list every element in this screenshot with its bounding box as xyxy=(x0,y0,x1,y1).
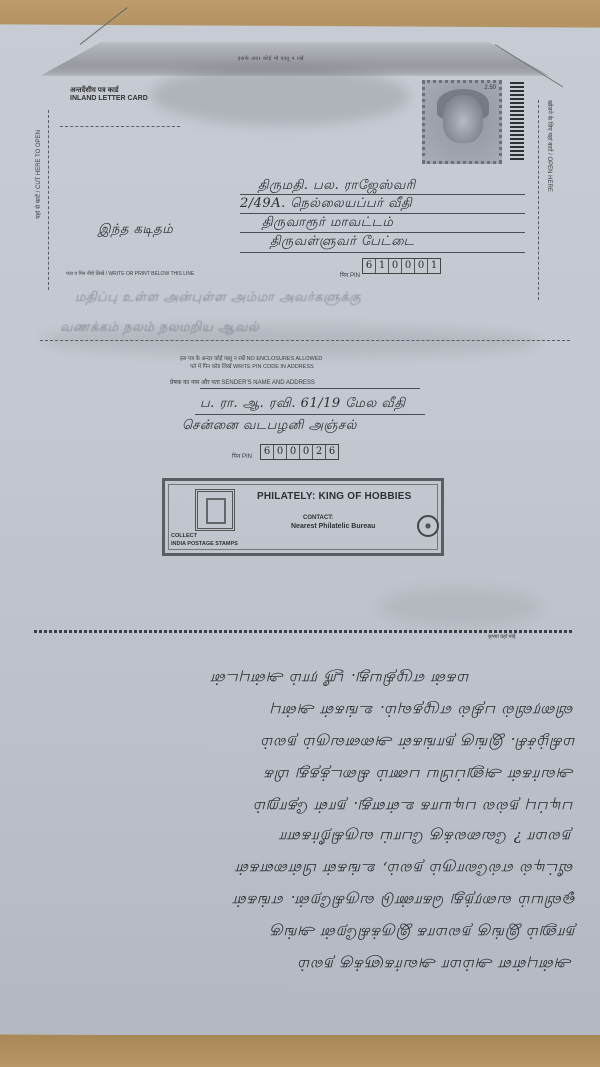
stamp-value: 2.50 xyxy=(484,85,496,91)
perforation-middle xyxy=(40,340,570,341)
letter-line: மகிழ்ச்சி. இங்கு நாங்கள் அனைவரும் நலம் xyxy=(261,732,576,752)
sender-pin-label: पिन PIN xyxy=(232,452,252,460)
pin-digit: 0 xyxy=(274,445,287,459)
letter-line: ஓவியம் வரைந்து கொண்டு வருகிறேன். எங்கள் xyxy=(233,890,576,910)
letter-line: மகன் எழுதியது. ஸ்ரீ ராம் அன்புடன் xyxy=(211,668,470,688)
address-line xyxy=(195,414,425,415)
stamp-frame-icon xyxy=(195,489,235,531)
sender-line-2: சென்னை வடபழனி அஞ்சல் xyxy=(182,418,357,434)
pin-digit: 1 xyxy=(428,259,440,273)
recipient-note: இந்த கடிதம் xyxy=(98,222,173,238)
sender-label: प्रेषक का नाम और पता SENDER'S NAME AND A… xyxy=(170,378,315,386)
sender-pin-box: 6 0 0 0 2 6 xyxy=(260,444,339,460)
wooden-table-bottom xyxy=(0,1035,600,1067)
letter-line: அன்புள்ள அம்மா அவர்களுக்கு நலம் xyxy=(298,954,572,974)
perforation-right xyxy=(538,100,539,300)
letter-line: நானும் இங்கு நலமாக இருக்கிறேன் அங்கு xyxy=(270,922,576,942)
bleed-through-line-2: வணக்கம் நலம் நலமறிய ஆவல் xyxy=(60,320,259,336)
side-text-left: यहां से काटें / CUT HERE TO OPEN xyxy=(35,130,43,219)
recipient-pin-box: 6 1 0 0 0 1 xyxy=(362,258,441,274)
address-line xyxy=(240,194,525,195)
philately-ad-box: PHILATELY: KING OF HOBBIES CONTACT: Near… xyxy=(162,478,444,556)
pin-digit: 0 xyxy=(287,445,300,459)
recipient-line-2: 2/49A. நெல்லையப்பர் வீதி xyxy=(240,196,412,212)
pin-digit: 6 xyxy=(363,259,376,273)
letter-line: விரைவில் பதில் எழுதவும். உங்கள் அன்பு xyxy=(270,700,574,720)
stamp-portrait-icon xyxy=(443,95,483,143)
pin-digit: 0 xyxy=(300,445,313,459)
top-strip-text: इसके अंदर कोई भी वस्तु न रखें xyxy=(238,56,358,62)
perforation-top xyxy=(60,126,180,127)
recipient-line-3: திருவாரூர் மாவட்டம் xyxy=(262,215,393,231)
philately-title: PHILATELY: KING OF HOBBIES xyxy=(257,491,411,502)
collect-line-2: INDIA POSTAGE STAMPS xyxy=(171,540,238,548)
postal-logo-icon xyxy=(417,515,439,537)
pin-digit: 0 xyxy=(389,259,402,273)
philately-contact-label: CONTACT: xyxy=(303,515,333,521)
address-instruction: पता व पिन नीचे लिखें / WRITE OR PRINT BE… xyxy=(66,271,194,277)
sender-notice-1: इस पत्र के अन्दर कोई वस्तु न रखें NO ENC… xyxy=(180,354,322,362)
side-text-right: खोलने के लिए यहां काटें / OPEN HERE xyxy=(545,100,553,192)
letter-line: அவர்கள் அனுப்பிய பணம் கிடைத்தது மிக xyxy=(264,764,574,784)
address-line xyxy=(200,388,420,389)
address-line xyxy=(240,213,525,214)
letter-line: வீட்டில் எல்லோரும் நலம், உங்கள் பிள்ளைகள… xyxy=(236,858,575,878)
letter-line: நலமா ? வேலைக்கு போய் வருகிறீர்களா xyxy=(280,826,572,846)
card-title: अन्तर्देशीय पत्र कार्ड INLAND LETTER CAR… xyxy=(70,87,148,103)
recipient-line-4: திருவள்ளுவர் பேட்டை xyxy=(270,234,414,250)
pin-label: पिन PIN xyxy=(340,271,360,279)
address-line xyxy=(240,252,525,253)
card-title-english: INLAND LETTER CARD xyxy=(70,95,148,103)
pin-digit: 0 xyxy=(415,259,428,273)
letter-line: படிப்பு நல்ல படியாக உள்ளது. நாள் தோறும் xyxy=(254,796,574,816)
sender-line-1: ப. ரா. ஆ. ரவி. 61/19 மேல வீதி xyxy=(200,396,406,412)
card-title-hindi: अन्तर्देशीय पत्र कार्ड xyxy=(70,87,148,95)
pin-digit: 2 xyxy=(313,445,326,459)
pin-digit: 0 xyxy=(402,259,415,273)
philately-collect-text: COLLECT INDIA POSTAGE STAMPS xyxy=(171,532,238,548)
perforation-left xyxy=(48,110,49,290)
address-line xyxy=(240,232,525,233)
pin-digit: 6 xyxy=(326,445,338,459)
pin-digit: 1 xyxy=(376,259,389,273)
philately-contact-value: Nearest Philatelic Bureau xyxy=(291,523,375,530)
letter-body-upside-down: அன்புள்ள அம்மா அவர்களுக்கு நலம் நானும் இ… xyxy=(40,640,580,980)
recipient-line-1: திருமதி. பல. ராஜேஸ்வரி xyxy=(258,178,416,194)
pin-digit: 6 xyxy=(261,445,274,459)
collect-line-1: COLLECT xyxy=(171,532,238,540)
fold-seam xyxy=(34,630,574,633)
ink-smudge xyxy=(380,586,540,627)
sender-notice-2: पते में पिन कोड लिखें WRITE PIN CODE IN … xyxy=(190,362,314,370)
barcode-icon xyxy=(510,82,524,160)
postage-stamp: 2.50 xyxy=(422,80,502,164)
bleed-through-line-1: மதிப்பு உள்ள அன்புள்ள அம்மா அவர்களுக்கு xyxy=(75,290,361,306)
